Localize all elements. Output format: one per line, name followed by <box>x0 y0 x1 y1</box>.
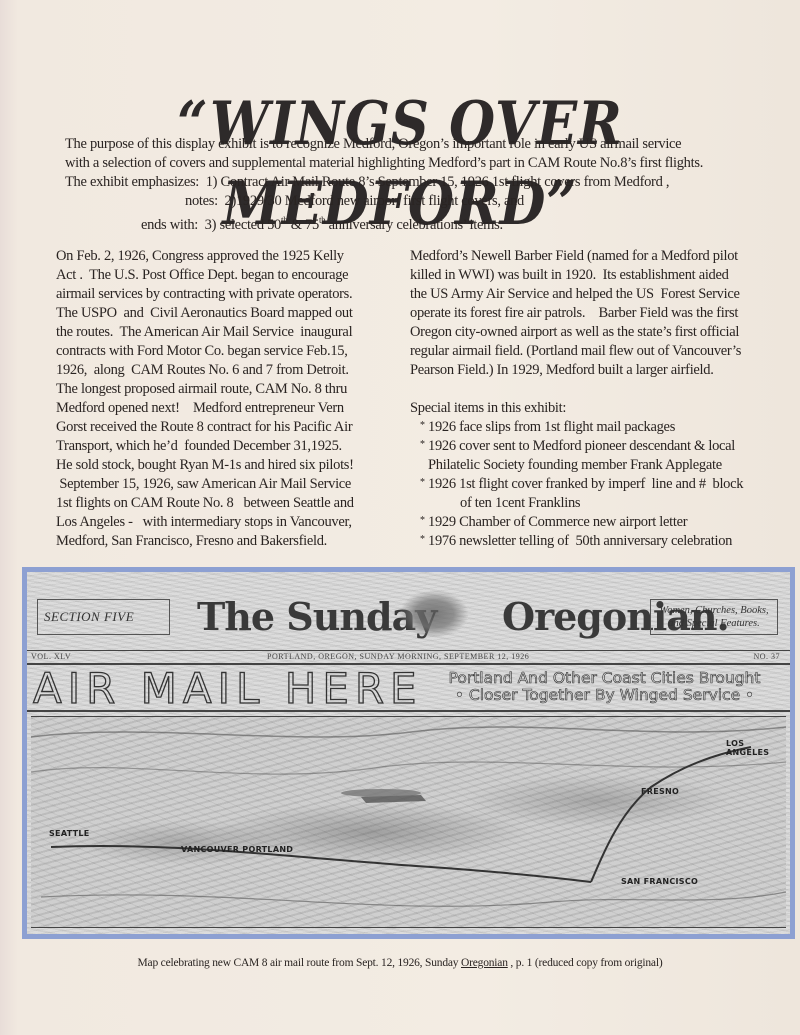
bullet-icon: * <box>420 530 425 549</box>
route-line-graphic <box>31 717 786 927</box>
intro-emphasis-line: ends with: 3) selected 50th & 75th anniv… <box>65 211 785 235</box>
map-label-san-francisco: SAN FRANCISCO <box>621 877 698 886</box>
newspaper-page: SECTION FIVE The Sunday Oregonian. Women… <box>27 572 790 934</box>
bullet-icon: * <box>420 435 425 454</box>
newspaper-dateline: VOL. XLV PORTLAND, OREGON, SUNDAY MORNIN… <box>27 650 790 665</box>
history-paragraph: On Feb. 2, 1926, Congress approved the 1… <box>56 247 401 551</box>
text-line: the US Army Air Service and helped the U… <box>410 285 790 304</box>
text-line: airmail services by contracting with pri… <box>56 285 401 304</box>
text-line: Act . The U.S. Post Office Dept. began t… <box>56 266 401 285</box>
text-line: The longest proposed airmail route, CAM … <box>56 380 401 399</box>
issue-number: NO. 37 <box>753 651 780 663</box>
intro-emphasis-2: 2)1929/30 Medford new airport first flig… <box>225 193 525 209</box>
intro-emphasis-line: notes: 2)1929/30 Medford new airport fir… <box>65 192 785 211</box>
caption-text: Map celebrating new CAM 8 air mail route… <box>138 957 461 969</box>
text-line: 1st flights on CAM Route No. 8 between S… <box>56 494 401 513</box>
headline-banner: AIR MAIL HERE Portland And Other Coast C… <box>27 668 790 712</box>
text-line: Medford, San Francisco, Fresno and Baker… <box>56 532 401 551</box>
text-line: killed in WWI) was built in 1920. Its es… <box>410 266 790 285</box>
features-box: Women, Churches, Books, and Special Feat… <box>650 599 778 635</box>
bullet-icon: * <box>420 473 425 492</box>
intro-label: notes: <box>185 193 218 209</box>
map-label-seattle: SEATTLE <box>49 829 90 838</box>
text-line: Medford opened next! Medford entrepreneu… <box>56 399 401 418</box>
special-item-text: Philatelic Society founding member Frank… <box>428 456 790 475</box>
state-seal-icon <box>399 590 469 638</box>
special-item: *1976 newsletter telling of 50th anniver… <box>420 532 790 551</box>
barber-field-column: Medford’s Newell Barber Field (named for… <box>410 247 790 551</box>
intro-line: The purpose of this display exhibit is t… <box>65 135 785 154</box>
text-line: Los Angeles - with intermediary stops in… <box>56 513 401 532</box>
subheadline-line: • Closer Together By Winged Service • <box>427 687 782 704</box>
map-label-vancouver-portland: VANCOUVER PORTLAND <box>181 845 293 854</box>
special-item: *1926 1st flight cover franked by imperf… <box>420 475 790 513</box>
special-item-text: 1926 cover sent to Medford pioneer desce… <box>428 437 790 456</box>
special-items-list: *1926 face slips from 1st flight mail pa… <box>410 418 790 551</box>
map-label-fresno: FRESNO <box>641 787 679 796</box>
intro-emphasis-1: 1) Contract Air Mail Route 8’s September… <box>206 174 670 190</box>
bullet-icon: * <box>420 416 425 435</box>
dateline-text: PORTLAND, OREGON, SUNDAY MORNING, SEPTEM… <box>267 651 529 663</box>
subheadline: Portland And Other Coast Cities Brought … <box>427 670 782 704</box>
intro-label: ends with: <box>141 217 198 233</box>
intro-emphasis-3: 3) selected 50th & 75th anniversary cele… <box>205 217 503 233</box>
barber-field-paragraph: Medford’s Newell Barber Field (named for… <box>410 247 790 380</box>
bullet-icon: * <box>420 511 425 530</box>
volume-number: VOL. XLV <box>31 651 71 663</box>
text-line: September 15, 1926, saw American Air Mai… <box>56 475 401 494</box>
special-items-heading: Special items in this exhibit: <box>410 399 790 418</box>
intro-line: with a selection of covers and supplemen… <box>65 154 785 173</box>
text-line: the routes. The American Air Mail Servic… <box>56 323 401 342</box>
special-item: *1929 Chamber of Commerce new airport le… <box>420 513 790 532</box>
text-line: On Feb. 2, 1926, Congress approved the 1… <box>56 247 401 266</box>
intro-emphasis-line: The exhibit emphasizes: 1) Contract Air … <box>65 173 785 192</box>
text-line: The USPO and Civil Aeronautics Board map… <box>56 304 401 323</box>
newspaper-map-image: SECTION FIVE The Sunday Oregonian. Women… <box>22 567 795 939</box>
text-line: Oregon city-owned airport as well as the… <box>410 323 790 342</box>
text-line: Gorst received the Route 8 contract for … <box>56 418 401 437</box>
headline: AIR MAIL HERE <box>33 664 423 713</box>
special-item: *1926 face slips from 1st flight mail pa… <box>420 418 790 437</box>
features-line: Women, Churches, Books, <box>651 604 777 617</box>
special-item-text: 1929 Chamber of Commerce new airport let… <box>428 513 790 532</box>
special-item-text: 1926 face slips from 1st flight mail pac… <box>428 418 790 437</box>
intro-paragraph: The purpose of this display exhibit is t… <box>65 135 785 235</box>
features-line: and Special Features. <box>651 617 777 630</box>
text-line: regular airmail field. (Portland mail fl… <box>410 342 790 361</box>
newspaper-masthead: SECTION FIVE The Sunday Oregonian. Women… <box>27 572 790 652</box>
subheadline-line: Portland And Other Coast Cities Brought <box>427 670 782 687</box>
special-item: *1926 cover sent to Medford pioneer desc… <box>420 437 790 475</box>
caption-text: , p. 1 (reduced copy from original) <box>508 957 663 969</box>
text-line: 1926, along CAM Routes No. 6 and 7 from … <box>56 361 401 380</box>
map-caption: Map celebrating new CAM 8 air mail route… <box>0 957 800 969</box>
map-label-los-angeles: LOS ANGELES <box>726 739 786 757</box>
text-line: contracts with Ford Motor Co. began serv… <box>56 342 401 361</box>
text-line: Medford’s Newell Barber Field (named for… <box>410 247 790 266</box>
text-line: operate its forest fire air patrols. Bar… <box>410 304 790 323</box>
section-label: SECTION FIVE <box>37 599 170 635</box>
caption-publication: Oregonian <box>461 957 508 969</box>
text-line: Pearson Field.) In 1929, Medford built a… <box>410 361 790 380</box>
special-item-text: 1926 1st flight cover franked by imperf … <box>428 475 790 494</box>
intro-label: The exhibit emphasizes: <box>65 174 199 190</box>
text-line: He sold stock, bought Ryan M-1s and hire… <box>56 456 401 475</box>
special-item-text: of ten 1cent Franklins <box>428 494 790 513</box>
special-item-text: 1976 newsletter telling of 50th annivers… <box>428 532 790 551</box>
airplane-icon <box>341 789 426 803</box>
text-line: Transport, which he’d founded December 3… <box>56 437 401 456</box>
history-column: On Feb. 2, 1926, Congress approved the 1… <box>56 247 401 551</box>
route-map: SEATTLE VANCOUVER PORTLAND SAN FRANCISCO… <box>31 716 786 928</box>
